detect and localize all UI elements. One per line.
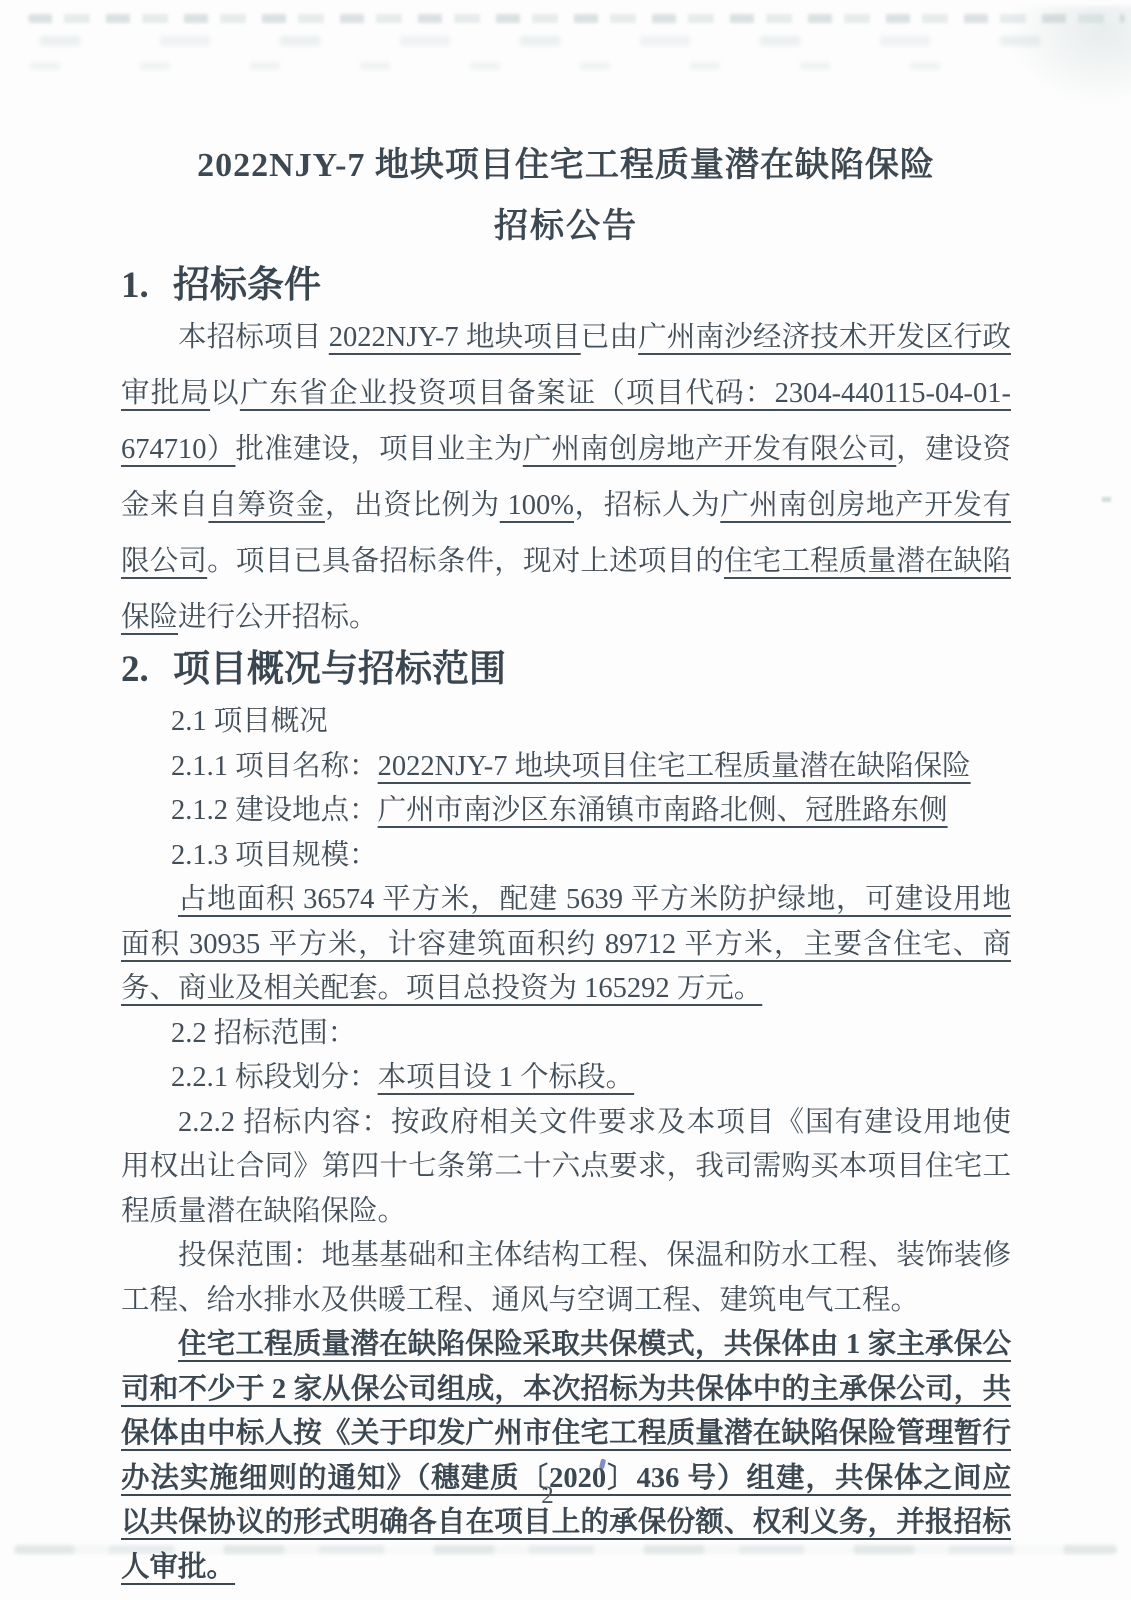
text-segment: 本招标项目 (178, 322, 329, 353)
text-segment: 批准建设，项目业主为 (235, 434, 522, 465)
text-segment: 2.2.2 招标内容：按政府相关文件要求及本项目《国有建设用地使用权出让合同》第… (121, 1107, 1011, 1227)
clause-2-1-2-location: 2.1.2 建设地点：广州市南沙区东涌镇市南路北侧、冠胜路东侧 (121, 789, 1011, 834)
document-subtitle: 招标公告 (121, 205, 1011, 249)
section-1-title: 招标条件 (173, 262, 321, 310)
text-segment: 2.1 项目概况 (171, 706, 328, 737)
section-2-number: 2. (121, 646, 173, 694)
text-segment: 已由 (581, 322, 638, 353)
clause-2-2-2-content: 2.2.2 招标内容：按政府相关文件要求及本项目《国有建设用地使用权出让合同》第… (121, 1101, 1011, 1235)
text-segment: 2.1.2 建设地点： (171, 795, 378, 826)
clause-2-1-3-scale-paragraph: 占地面积 36574 平方米，配建 5639 平方米防护绿地，可建设用地面积 3… (121, 878, 1011, 1012)
text-segment: 以 (210, 378, 240, 409)
text-segment: 2.1.1 项目名称： (171, 751, 378, 782)
clause-2-1-3-scale-label: 2.1.3 项目规模： (121, 834, 1011, 879)
text-segment: 进行公开招标。 (178, 602, 378, 633)
clause-2-2-1-lot-division: 2.2.1 标段划分：本项目设 1 个标段。 (121, 1056, 1011, 1101)
text-segment: 广州南创房地产开发有限公司 (523, 434, 897, 465)
coinsurance-mode-paragraph: 住宅工程质量潜在缺陷保险采取共保模式，共保体由 1 家主承保公司和不少于 2 家… (121, 1323, 1011, 1590)
document-content: 2022NJY-7 地块项目住宅工程质量潜在缺陷保险 招标公告 1. 招标条件 … (121, 0, 1011, 1590)
text-segment: 住宅工程质量潜在缺陷保险采取共保模式，共保体由 1 家主承保公司和不少于 2 家… (121, 1329, 1011, 1583)
text-segment: ，出资比例为 (325, 490, 500, 521)
text-segment: 2022NJY-7 地块项目住宅工程质量潜在缺陷保险 (378, 751, 971, 782)
document-title: 2022NJY-7 地块项目住宅工程质量潜在缺陷保险 (121, 144, 1011, 188)
page-number: 2 (0, 1482, 1113, 1510)
insurance-coverage-paragraph: 投保范围：地基基础和主体结构工程、保温和防水工程、装饰装修工程、给水排水及供暖工… (121, 1234, 1011, 1323)
clause-2-1: 2.1 项目概况 (121, 700, 1011, 745)
clause-2-1-1-project-name: 2.1.1 项目名称：2022NJY-7 地块项目住宅工程质量潜在缺陷保险 (121, 745, 1011, 790)
section-1-paragraph: 本招标项目 2022NJY-7 地块项目已由广州南沙经济技术开发区行政审批局以广… (121, 310, 1011, 646)
scan-smudge-top-right (1005, 6, 1131, 106)
text-segment: 自筹资金 (208, 490, 325, 521)
section-1-number: 1. (121, 262, 173, 310)
scanned-document-page: 2022NJY-7 地块项目住宅工程质量潜在缺陷保险 招标公告 1. 招标条件 … (0, 0, 1131, 1600)
clause-2-2-scope-label: 2.2 招标范围： (121, 1012, 1011, 1057)
section-1-heading: 1. 招标条件 (121, 262, 1011, 310)
text-segment: ，招标人为 (574, 490, 720, 521)
text-segment: 本项目设 1 个标段。 (378, 1062, 635, 1093)
text-segment: 100% (500, 490, 574, 521)
text-segment: 投保范围：地基基础和主体结构工程、保温和防水工程、装饰装修工程、给水排水及供暖工… (121, 1240, 1011, 1316)
section-2-title: 项目概况与招标范围 (173, 646, 506, 694)
text-segment: 。项目已具备招标条件，现对上述项目的 (207, 546, 724, 577)
text-segment: 2022NJY-7 地块项目 (329, 322, 581, 353)
text-segment: 2.2 招标范围： (171, 1018, 356, 1049)
text-segment: 广州市南沙区东涌镇市南路北侧、冠胜路东侧 (378, 795, 948, 826)
section-2-body: 2.1 项目概况 2.1.1 项目名称：2022NJY-7 地块项目住宅工程质量… (121, 700, 1011, 1590)
text-segment: 2.2.1 标段划分： (171, 1062, 378, 1093)
text-segment: 2.1.3 项目规模： (171, 840, 378, 871)
scan-speck-right (1102, 497, 1111, 502)
section-2-heading: 2. 项目概况与招标范围 (121, 646, 1011, 694)
text-segment: 占地面积 36574 平方米，配建 5639 平方米防护绿地，可建设用地面积 3… (121, 884, 1011, 1004)
